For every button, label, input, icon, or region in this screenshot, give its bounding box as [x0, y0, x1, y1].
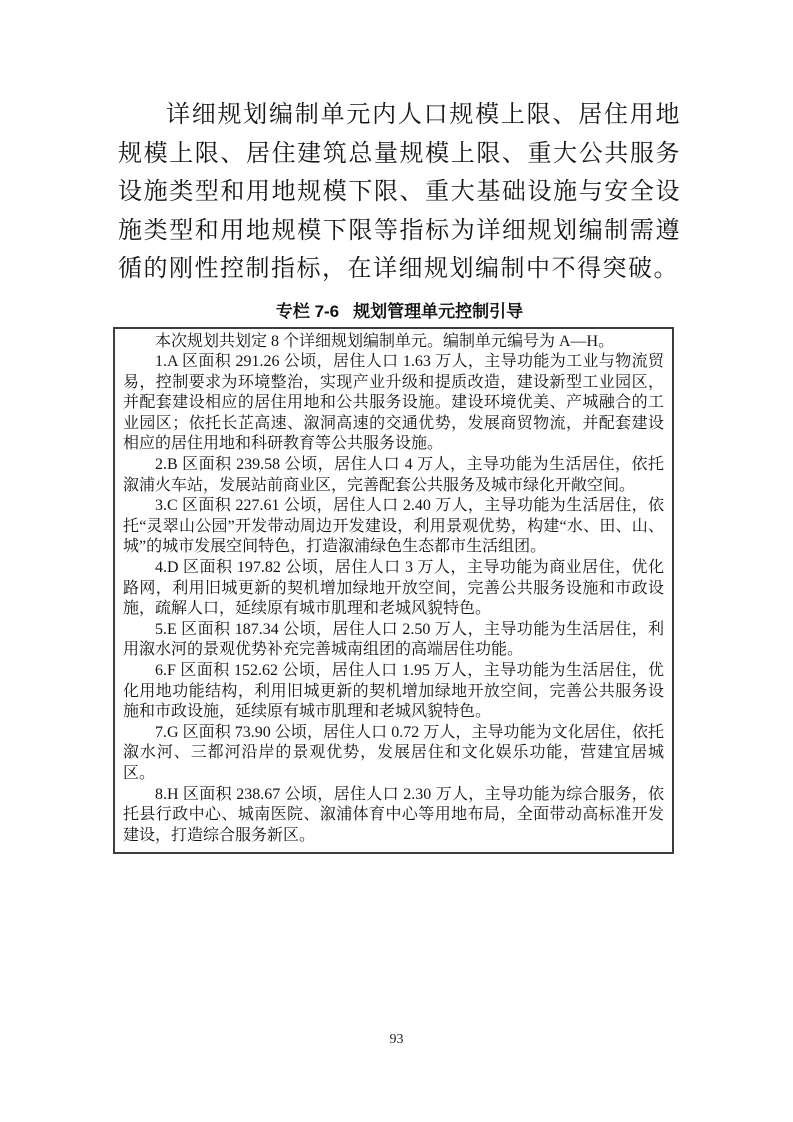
unit-item-a: 1.A 区面积 291.26 公顷，居住人口 1.63 万人，主导功能为工业与物…	[123, 352, 664, 455]
unit-item-f: 6.F 区面积 152.62 公顷，居住人口 1.95 万人，主导功能为生活居住…	[123, 661, 664, 723]
unit-item-c: 3.C 区面积 227.61 公顷，居住人口 2.40 万人，主导功能为生活居住…	[123, 496, 664, 558]
box-heading: 规划管理单元控制引导	[353, 302, 523, 321]
box-label: 专栏 7-6	[276, 302, 339, 321]
control-guidance-box: 本次规划共划定 8 个详细规划编制单元。编制单元编号为 A—H。 1.A 区面积…	[113, 327, 674, 855]
unit-item-e: 5.E 区面积 187.34 公顷，居住人口 2.50 万人，主导功能为生活居住…	[123, 620, 664, 661]
document-page: 详细规划编制单元内人口规模上限、居住用地规模上限、居住建筑总量规模上限、重大公共…	[0, 0, 793, 1122]
unit-item-b: 2.B 区面积 239.58 公顷，居住人口 4 万人，主导功能为生活居住，依托…	[123, 455, 664, 496]
box-title: 专栏 7-6规划管理单元控制引导	[118, 297, 681, 322]
page-number: 93	[0, 1032, 793, 1048]
intro-paragraph: 详细规划编制单元内人口规模上限、居住用地规模上限、居住建筑总量规模上限、重大公共…	[118, 96, 681, 289]
box-intro-line: 本次规划共划定 8 个详细规划编制单元。编制单元编号为 A—H。	[123, 332, 664, 353]
unit-item-g: 7.G 区面积 73.90 公顷，居住人口 0.72 万人，主导功能为文化居住，…	[123, 723, 664, 785]
unit-item-h: 8.H 区面积 238.67 公顷，居住人口 2.30 万人，主导功能为综合服务…	[123, 785, 664, 847]
unit-item-d: 4.D 区面积 197.82 公顷，居住人口 3 万人，主导功能为商业居住，优化…	[123, 558, 664, 620]
